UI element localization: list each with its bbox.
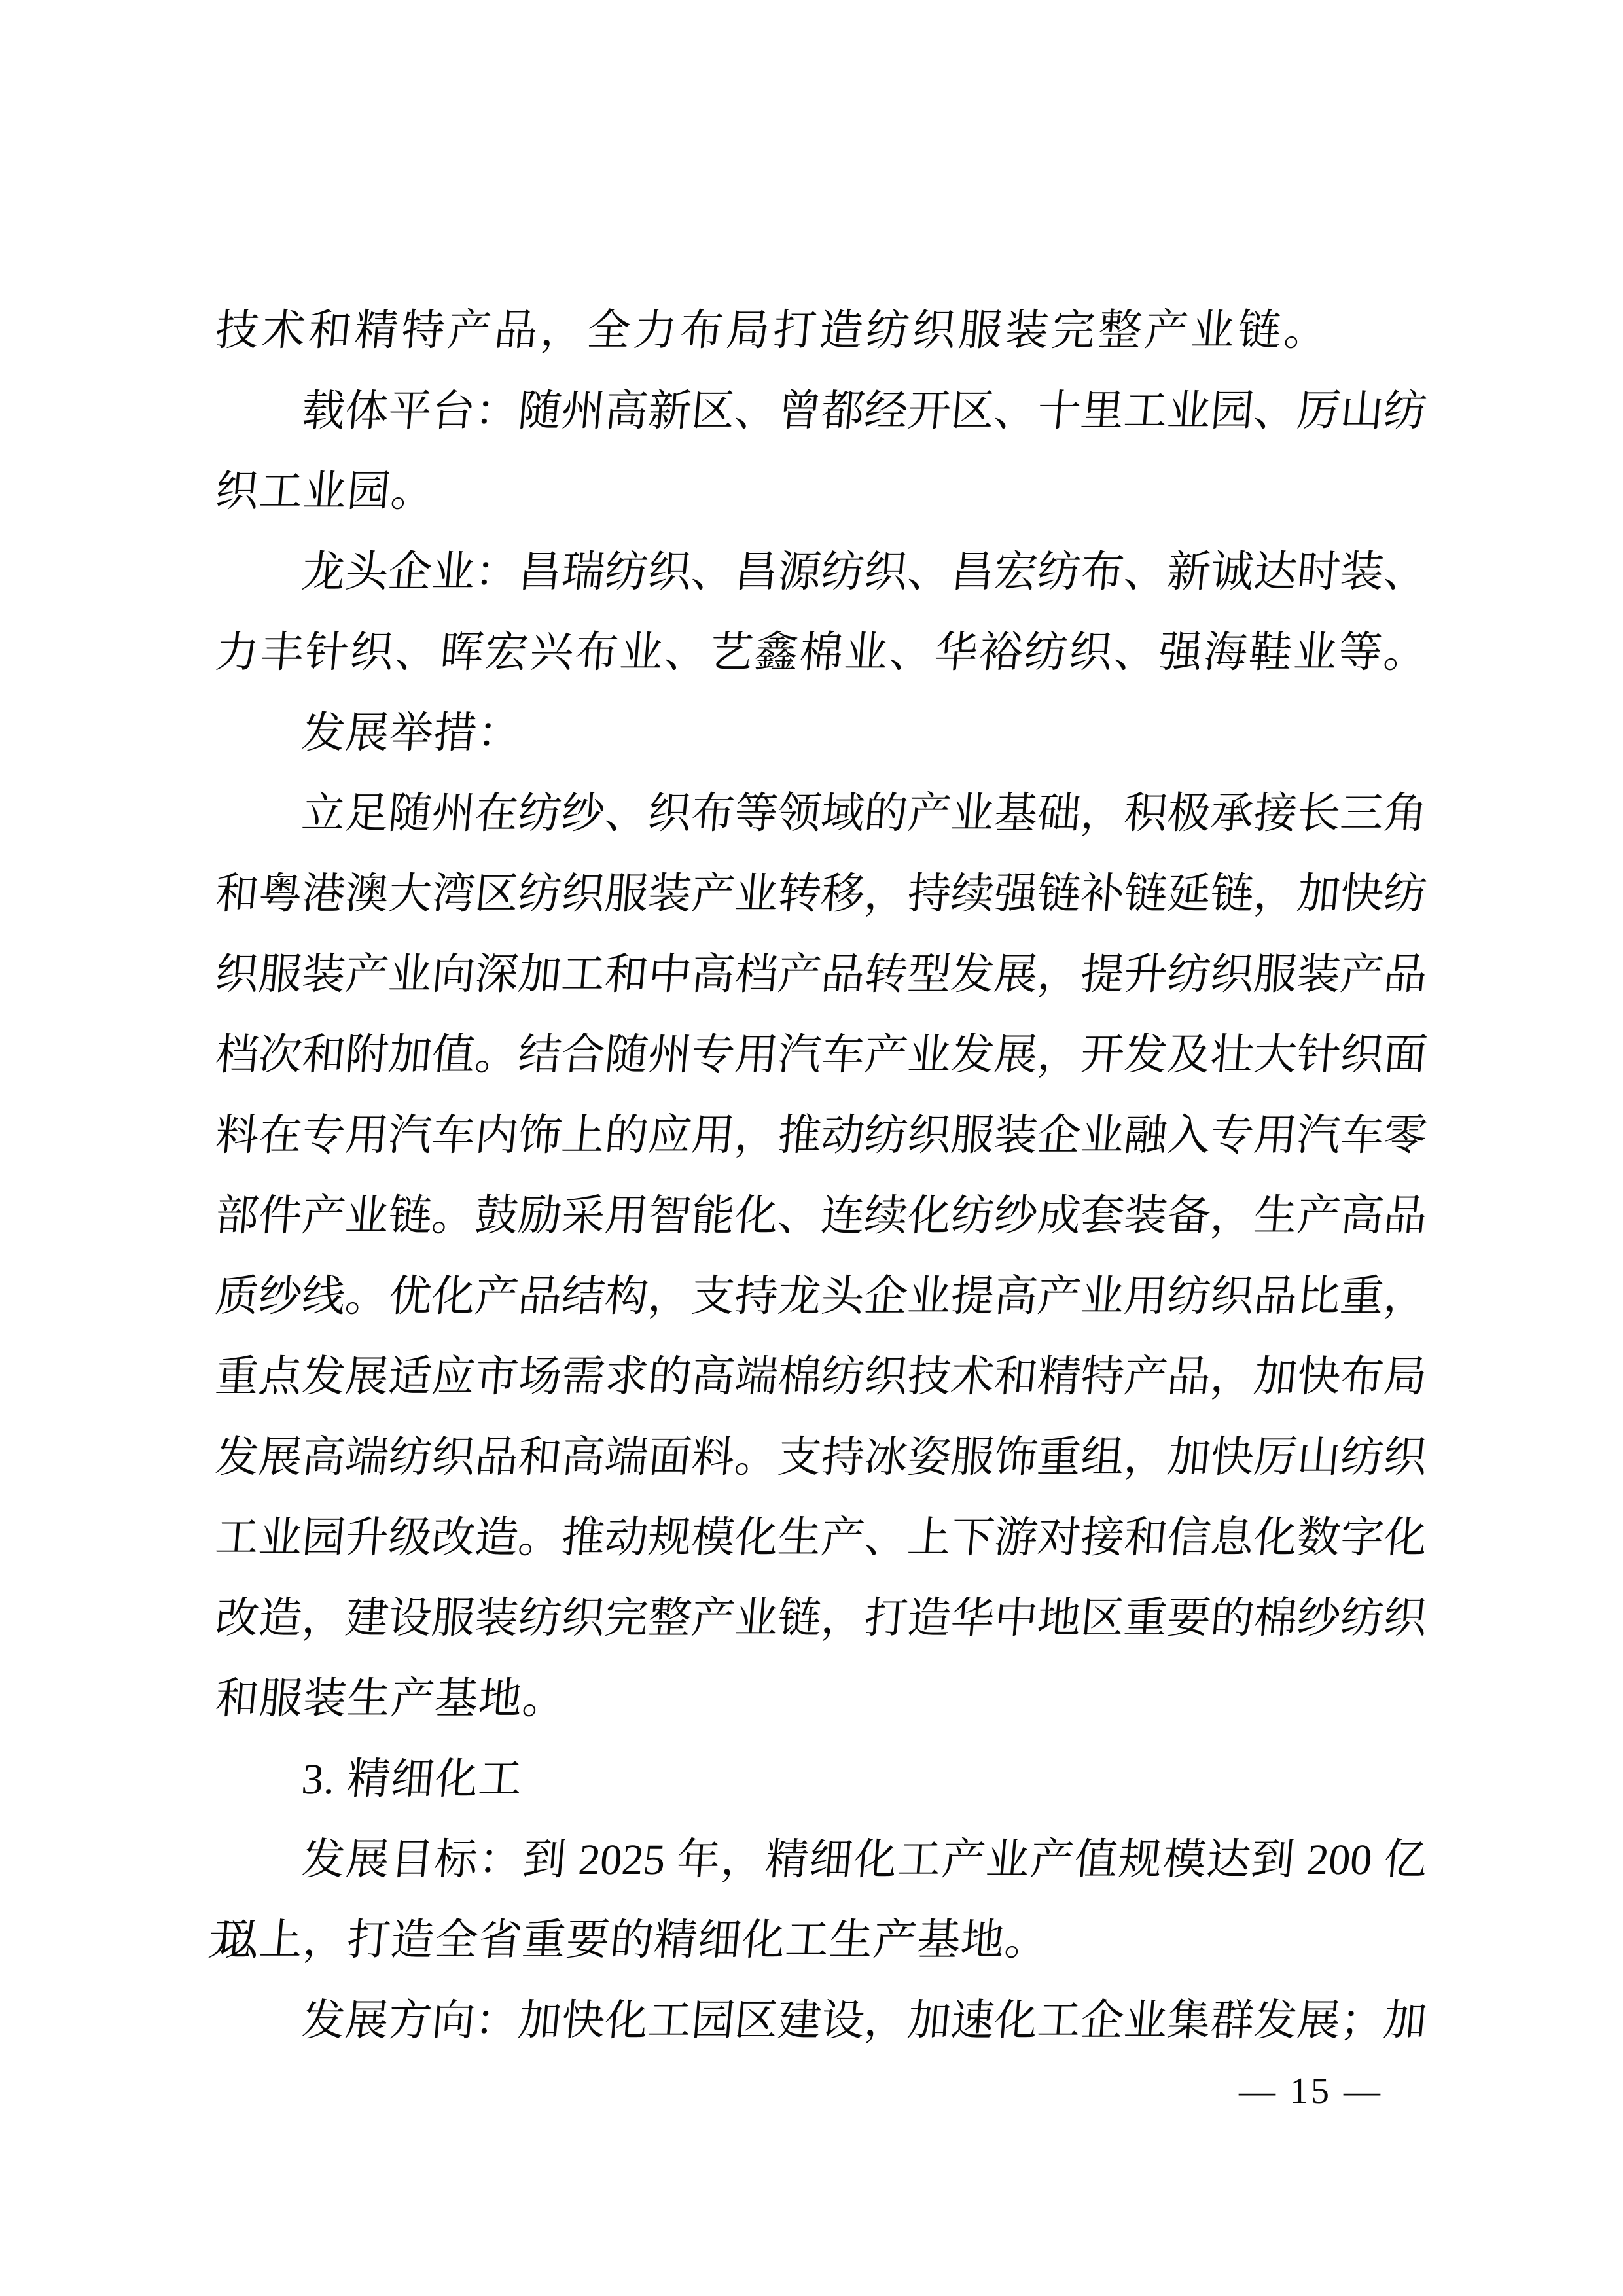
text-line: 力丰针织、晖宏兴布业、艺鑫棉业、华裕纺织、强海鞋业等。 bbox=[212, 612, 1431, 693]
text-line: 部件产业链。鼓励采用智能化、连续化纺纱成套装备，生产高品 bbox=[212, 1176, 1431, 1256]
text-line: 龙头企业：昌瑞纺织、昌源纺织、昌宏纺布、新诚达时装、 bbox=[212, 532, 1431, 612]
text-line: 重点发展适应市场需求的高端棉纺织技术和精特产品，加快布局 bbox=[212, 1337, 1431, 1417]
document-page: 技术和精特产品，全力布局打造纺织服装完整产业链。 载体平台：随州高新区、曾都经开… bbox=[0, 0, 1623, 2296]
text-line: 和服装生产基地。 bbox=[212, 1659, 1431, 1739]
text-line: 发展举措： bbox=[212, 693, 1431, 773]
page-number: — 15 — bbox=[1147, 2060, 1474, 2123]
text-line: 发展目标：到 2025 年，精细化工产业产值规模达到 200 亿元 bbox=[212, 1820, 1431, 1900]
text-line: 档次和附加值。结合随州专用汽车产业发展，开发及壮大针织面 bbox=[212, 1015, 1431, 1095]
text-line: 以上，打造全省重要的精细化工生产基地。 bbox=[212, 1900, 1431, 1981]
text-line: 质纱线。优化产品结构，支持龙头企业提高产业用纺织品比重， bbox=[212, 1256, 1431, 1337]
text-line: 改造，建设服装纺织完整产业链，打造华中地区重要的棉纱纺织 bbox=[212, 1578, 1431, 1659]
text-line: 技术和精特产品，全力布局打造纺织服装完整产业链。 bbox=[212, 291, 1431, 371]
text-line: 发展方向：加快化工园区建设，加速化工企业集群发展；加 bbox=[212, 1981, 1431, 2061]
text-line: 载体平台：随州高新区、曾都经开区、十里工业园、厉山纺 bbox=[212, 371, 1431, 451]
text-line: 工业园升级改造。推动规模化生产、上下游对接和信息化数字化 bbox=[212, 1498, 1431, 1578]
text-line: 和粤港澳大湾区纺织服装产业转移，持续强链补链延链，加快纺 bbox=[212, 854, 1431, 934]
text-line: 料在专用汽车内饰上的应用，推动纺织服装企业融入专用汽车零 bbox=[212, 1095, 1431, 1176]
text-line: 发展高端纺织品和高端面料。支持冰姿服饰重组，加快厉山纺织 bbox=[212, 1417, 1431, 1498]
document-body: 技术和精特产品，全力布局打造纺织服装完整产业链。 载体平台：随州高新区、曾都经开… bbox=[212, 291, 1423, 2061]
text-line: 织服装产业向深加工和中高档产品转型发展，提升纺织服装产品 bbox=[212, 934, 1431, 1015]
text-line: 立足随州在纺纱、织布等领域的产业基础，积极承接长三角 bbox=[212, 773, 1431, 854]
section-heading: 3. 精细化工 bbox=[212, 1739, 1431, 1820]
text-line: 织工业园。 bbox=[212, 451, 1431, 532]
